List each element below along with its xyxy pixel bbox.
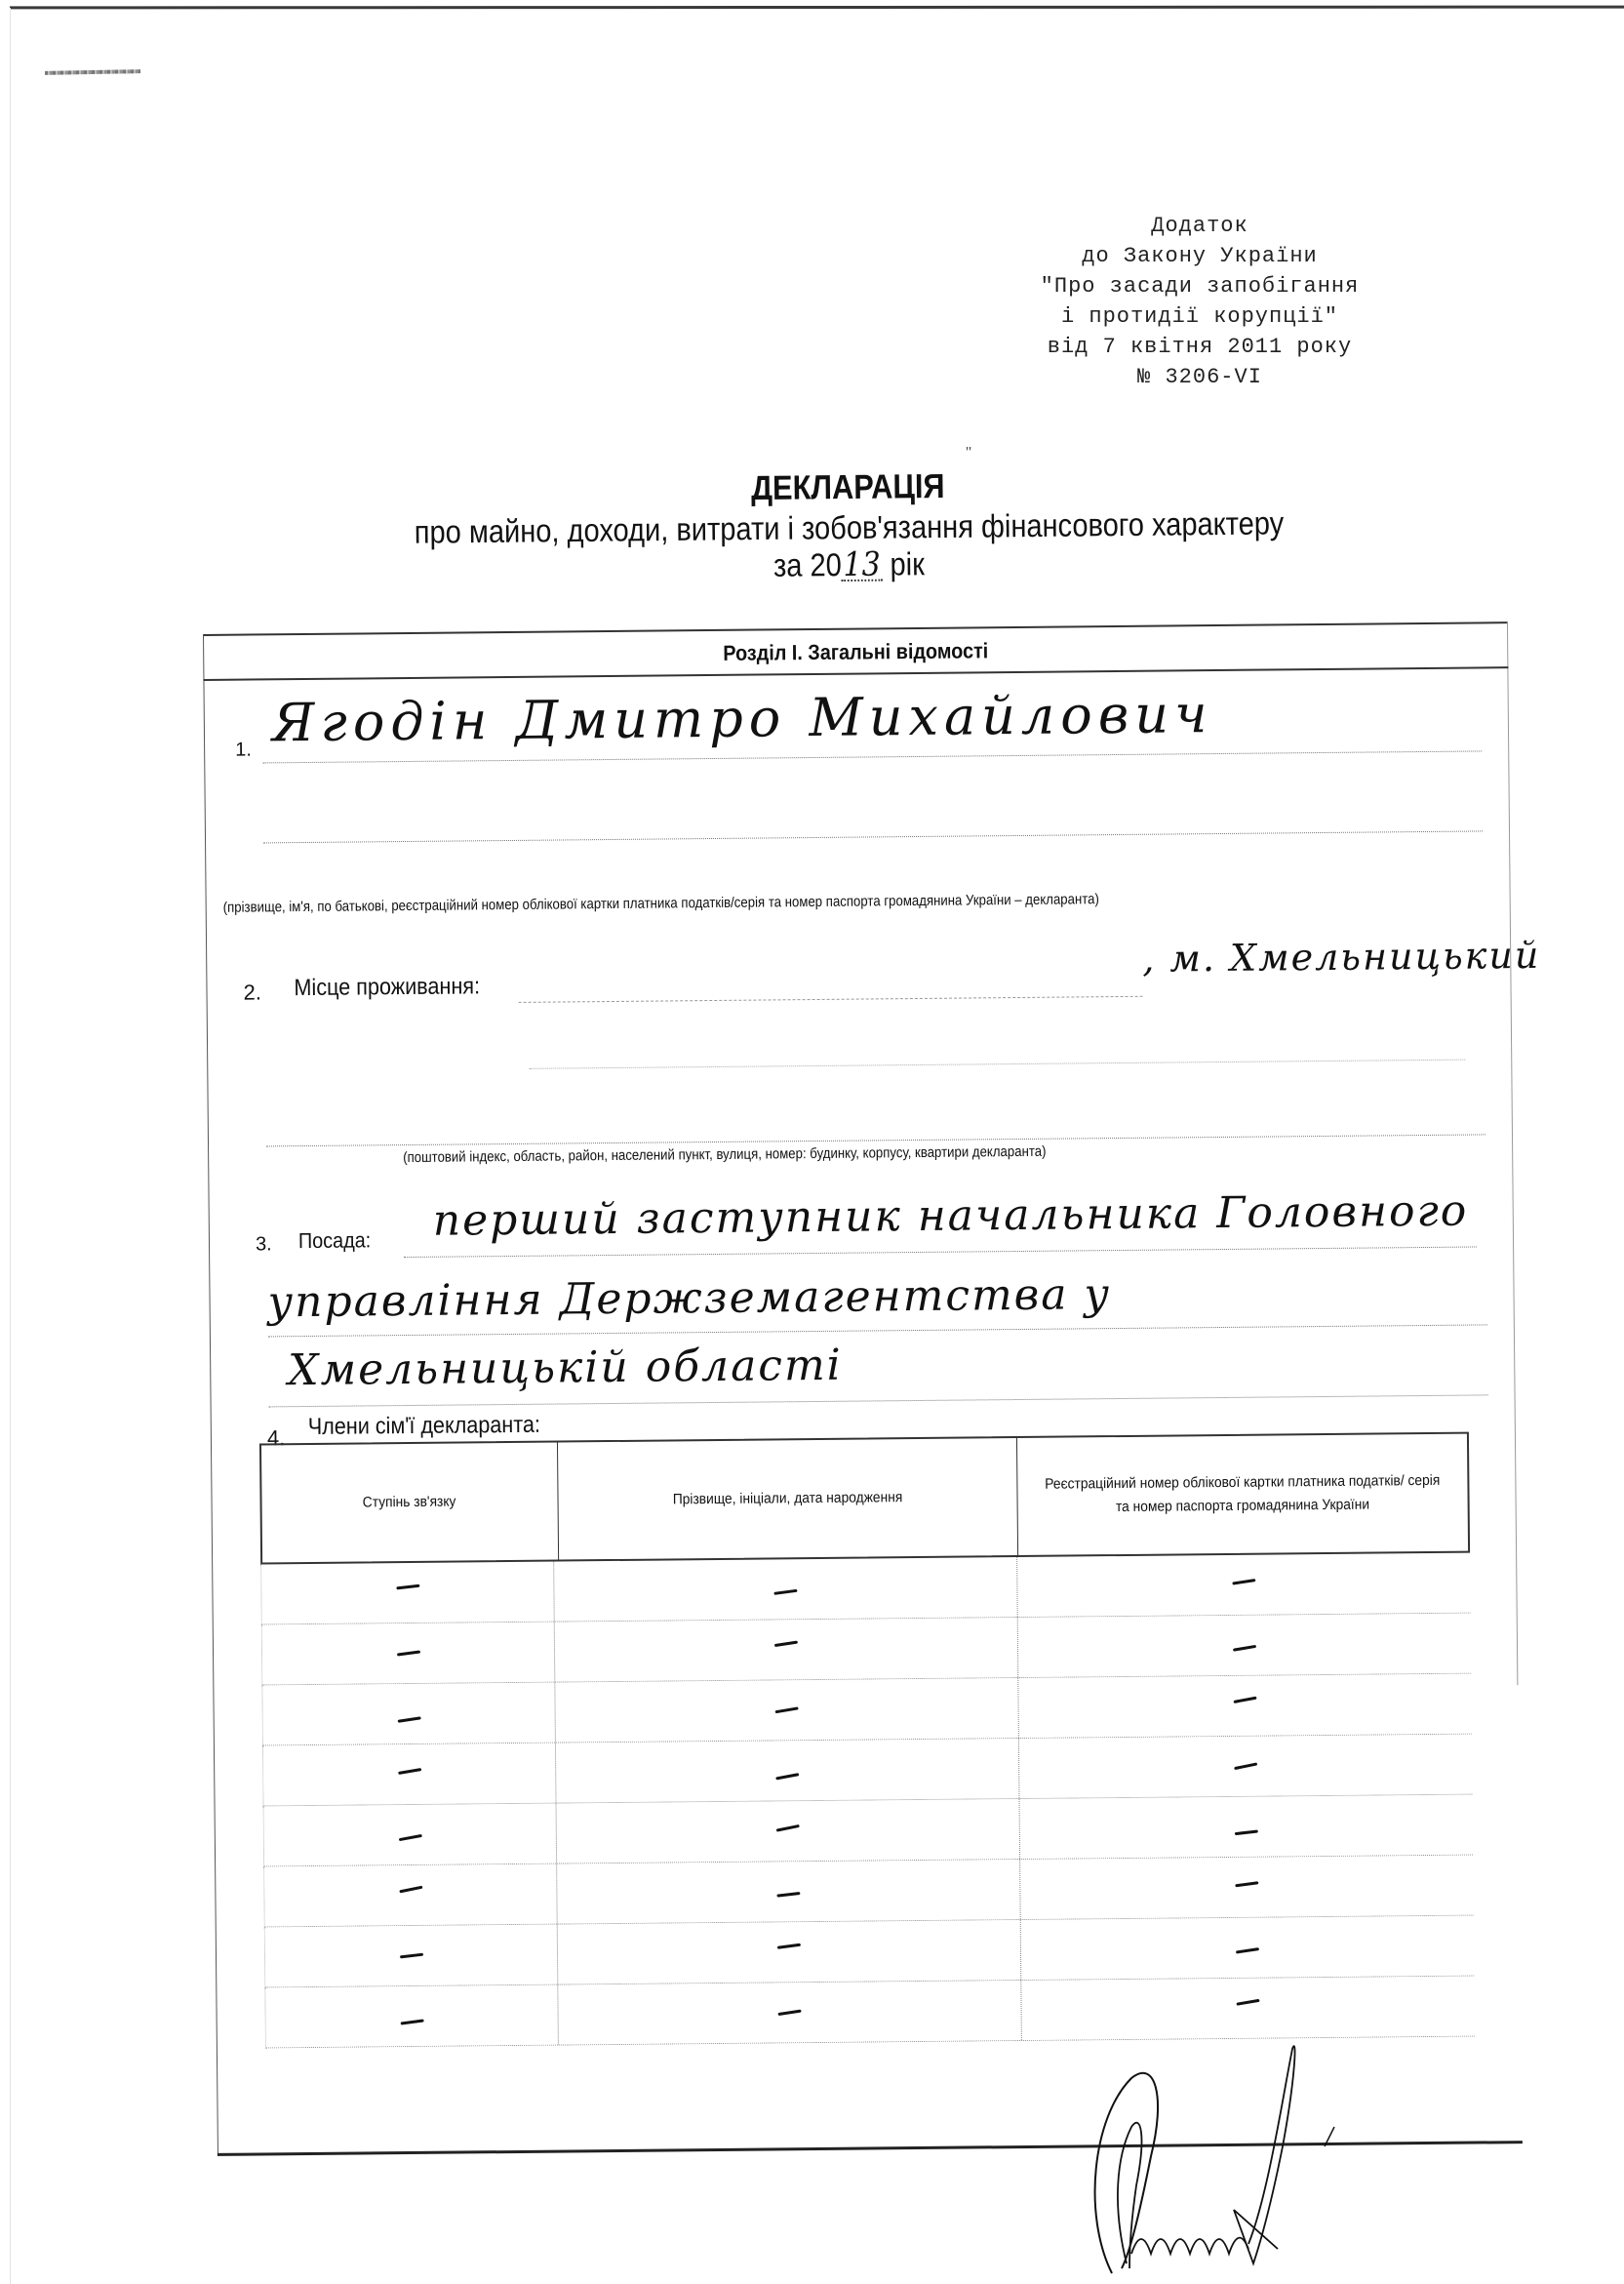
empty-dash	[397, 1716, 420, 1723]
field-1-line-2	[263, 830, 1483, 843]
field-3-line	[404, 1246, 1477, 1258]
family-table-header: Ступінь зв'язку Прізвище, ініціали, дата…	[259, 1432, 1470, 1565]
family-table-body	[260, 1553, 1475, 2049]
field-2-line	[519, 996, 1143, 1003]
cell-tax-id	[1018, 1614, 1471, 1677]
declaration-title-block: ДЕКЛАРАЦІЯ про майно, доходи, витрати і …	[282, 462, 1414, 589]
empty-dash	[1235, 1881, 1258, 1887]
cell-relation	[261, 1562, 555, 1624]
cell-relation	[264, 1864, 558, 1927]
empty-dash	[400, 2019, 423, 2024]
field-3-line-2	[268, 1324, 1487, 1337]
cell-tax-id	[1021, 1977, 1474, 2040]
empty-dash	[776, 1824, 800, 1832]
scan-left-edge	[10, 8, 11, 2284]
empty-dash	[1233, 1645, 1256, 1652]
cell-relation	[262, 1623, 556, 1685]
appendix-line: Додаток	[975, 211, 1424, 241]
field-2-hint: (поштовий індекс, область, район, населе…	[403, 1143, 1046, 1166]
empty-dash	[1234, 1697, 1257, 1703]
empty-dash	[775, 1706, 799, 1713]
cell-name-dob	[555, 1618, 1018, 1682]
field-3-position-line-1: перший заступник начальника Головного	[433, 1186, 1469, 1246]
field-1-line	[262, 750, 1482, 763]
field-3-label: Посада:	[298, 1227, 371, 1254]
cell-tax-id	[1020, 1795, 1473, 1859]
cell-name-dob	[556, 1678, 1019, 1743]
empty-dash	[397, 1650, 420, 1656]
cell-name-dob	[557, 1860, 1020, 1924]
section-general-info: Розділ І. Загальні відомості 1. Ягодін Д…	[203, 621, 1523, 2156]
field-1-number: 1.	[235, 740, 252, 762]
cell-relation	[265, 1925, 559, 1987]
cell-name-dob	[559, 1981, 1022, 2045]
empty-dash	[1235, 1829, 1258, 1835]
empty-dash	[398, 1768, 421, 1775]
table-row	[264, 1977, 1475, 2049]
empty-dash	[399, 1886, 422, 1894]
scan-smudge	[45, 69, 140, 75]
field-4-label: Члени сім'ї декларанта:	[308, 1412, 540, 1441]
empty-dash	[1236, 1947, 1259, 1954]
empty-dash	[774, 1641, 798, 1648]
cell-name-dob	[557, 1799, 1020, 1863]
appendix-line: "Про засади запобігання	[975, 271, 1424, 301]
empty-dash	[777, 1943, 801, 1949]
appendix-line: і протидії корупції"	[975, 301, 1424, 332]
empty-dash	[396, 1584, 419, 1590]
cell-name-dob	[558, 1920, 1021, 1984]
field-3-position-line-2: управління Держземагентства у	[267, 1269, 1111, 1327]
field-3-position-line-3: Хмельницькій області	[288, 1341, 843, 1395]
empty-dash	[778, 2010, 802, 2017]
empty-dash	[774, 1589, 798, 1595]
field-2-city-handwritten: , м. Хмельницький	[1142, 934, 1541, 981]
field-3-number: 3.	[256, 1233, 272, 1256]
year-prefix: за 20	[773, 546, 842, 583]
field-1-name-handwritten: Ягодін Дмитро Михайлович	[272, 683, 1213, 753]
empty-dash	[1236, 1999, 1259, 2006]
cell-tax-id	[1018, 1674, 1471, 1738]
cell-tax-id	[1021, 1916, 1474, 1980]
field-2-label: Місце проживання:	[294, 973, 480, 1002]
field-3-line-3	[269, 1394, 1488, 1407]
empty-dash	[1232, 1579, 1255, 1585]
section-title-text: Розділ І. Загальні відомості	[723, 628, 988, 676]
document-title: ДЕКЛАРАЦІЯ	[751, 467, 945, 508]
cell-name-dob	[556, 1739, 1019, 1803]
empty-dash	[1234, 1762, 1257, 1770]
cell-relation	[265, 1985, 559, 2048]
appendix-line: № 3206-VI	[975, 362, 1424, 392]
cell-name-dob	[554, 1557, 1017, 1622]
field-2-line-2	[529, 1060, 1465, 1069]
column-header-tax-id: Реєстраційний номер облікової картки пла…	[1017, 1434, 1468, 1555]
signature-icon	[1073, 2039, 1444, 2283]
cell-relation	[263, 1743, 557, 1806]
year-line: за 2013 рік	[773, 545, 925, 584]
cell-tax-id	[1020, 1856, 1473, 1919]
field-1-hint: (прізвище, ім'я, по батькові, реєстрацій…	[223, 891, 1099, 916]
law-appendix-reference: Додаток до Закону України "Про засади за…	[975, 211, 1424, 392]
frame-border-left	[203, 634, 218, 2156]
field-2-number: 2.	[243, 980, 261, 1005]
year-suffix: рік	[890, 545, 925, 581]
appendix-line: від 7 квітня 2011 року	[975, 332, 1424, 362]
frame-border-right	[1507, 621, 1518, 1685]
family-members-table: Ступінь зв'язку Прізвище, ініціали, дата…	[259, 1432, 1475, 2049]
year-handwritten: 13	[842, 550, 883, 581]
appendix-line: до Закону України	[975, 241, 1424, 271]
cell-tax-id	[1017, 1553, 1470, 1617]
empty-dash	[400, 1953, 423, 1959]
column-header-relation: Ступінь зв'язку	[261, 1443, 559, 1563]
column-header-name-dob: Прізвище, ініціали, дата народження	[558, 1438, 1018, 1560]
empty-dash	[777, 1892, 801, 1898]
scan-top-edge	[10, 6, 1624, 10]
cell-tax-id	[1019, 1735, 1472, 1798]
empty-dash	[775, 1773, 799, 1780]
scan-mark: ''	[966, 445, 971, 462]
cell-relation	[264, 1804, 558, 1866]
cell-relation	[262, 1683, 556, 1745]
empty-dash	[398, 1834, 421, 1841]
